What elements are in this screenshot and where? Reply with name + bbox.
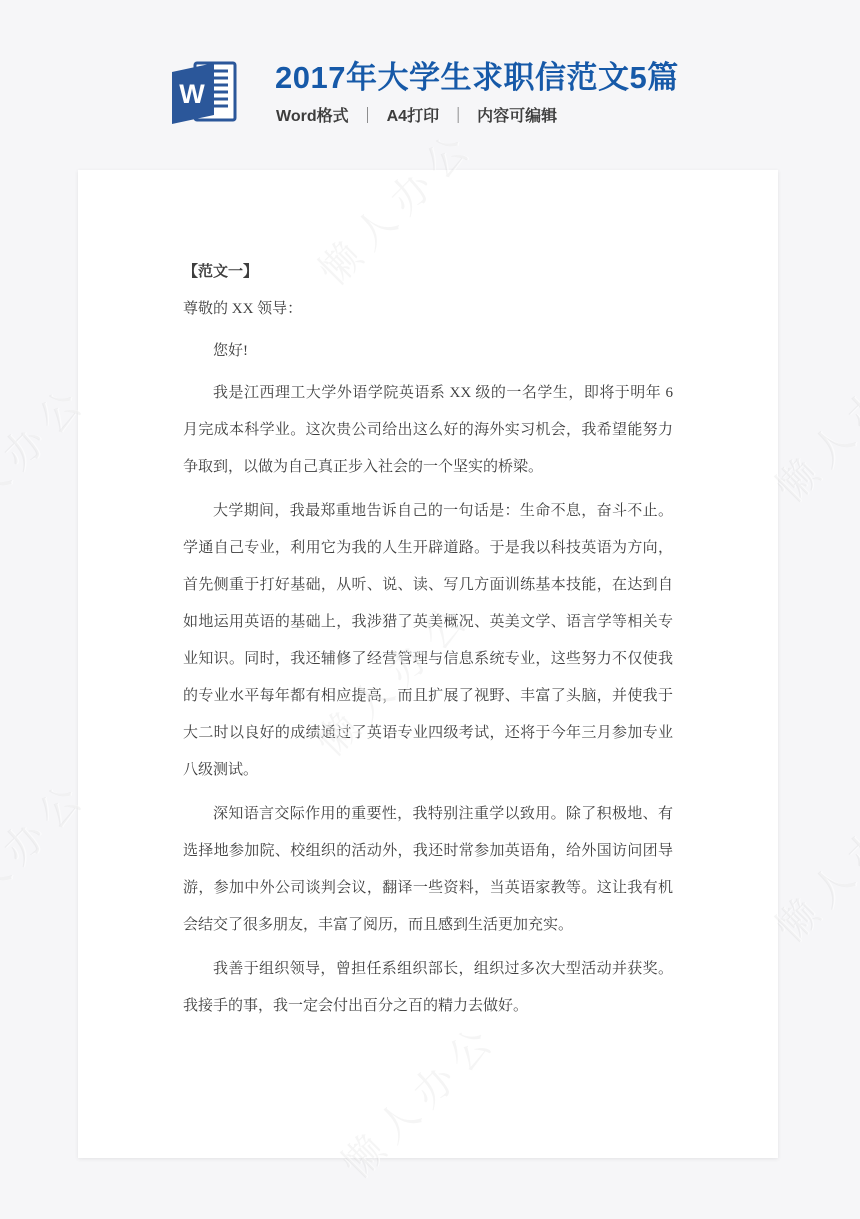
doc-paragraph: 深知语言交际作用的重要性，我特别注重学以致用。除了积极地、有选择地参加院、校组织… bbox=[183, 796, 673, 944]
subtitle-separator: ｜ bbox=[450, 108, 466, 125]
subtitle-word-format: Word格式 bbox=[276, 108, 349, 125]
doc-section-heading: 【范文一】 bbox=[183, 254, 673, 291]
doc-paragraph: 我是江西理工大学外语学院英语系 XX 级的一名学生，即将于明年 6 月完成本科学… bbox=[183, 375, 673, 486]
page-background: { "header": { "title": "2017年大学生求职信范文5篇"… bbox=[0, 0, 860, 1219]
word-icon: W bbox=[168, 56, 240, 128]
header: W 2017年大学生求职信范文5篇 Word格式｜A4打印｜内容可编辑 bbox=[0, 0, 860, 150]
doc-paragraph: 大学期间，我最郑重地告诉自己的一句话是：生命不息，奋斗不止。学通自己专业，利用它… bbox=[183, 493, 673, 789]
doc-paragraph: 我善于组织领导，曾担任系组织部长，组织过多次大型活动并获奖。我接手的事，我一定会… bbox=[183, 951, 673, 1025]
subtitle-a4-print: A4打印 bbox=[387, 108, 439, 125]
paper-content: 【范文一】 尊敬的 XX 领导： 您好! 我是江西理工大学外语学院英语系 XX … bbox=[78, 170, 778, 1025]
subtitle-editable: 内容可编辑 bbox=[477, 108, 557, 125]
page-title: 2017年大学生求职信范文5篇 bbox=[275, 52, 679, 97]
subtitle-separator: ｜ bbox=[360, 108, 376, 125]
doc-subtitle: Word格式｜A4打印｜内容可编辑 bbox=[276, 103, 557, 126]
doc-greeting: 您好! bbox=[183, 333, 673, 370]
paper-page: 【范文一】 尊敬的 XX 领导： 您好! 我是江西理工大学外语学院英语系 XX … bbox=[78, 170, 778, 1158]
doc-salutation: 尊敬的 XX 领导： bbox=[183, 291, 673, 328]
word-icon-letter: W bbox=[179, 79, 205, 109]
